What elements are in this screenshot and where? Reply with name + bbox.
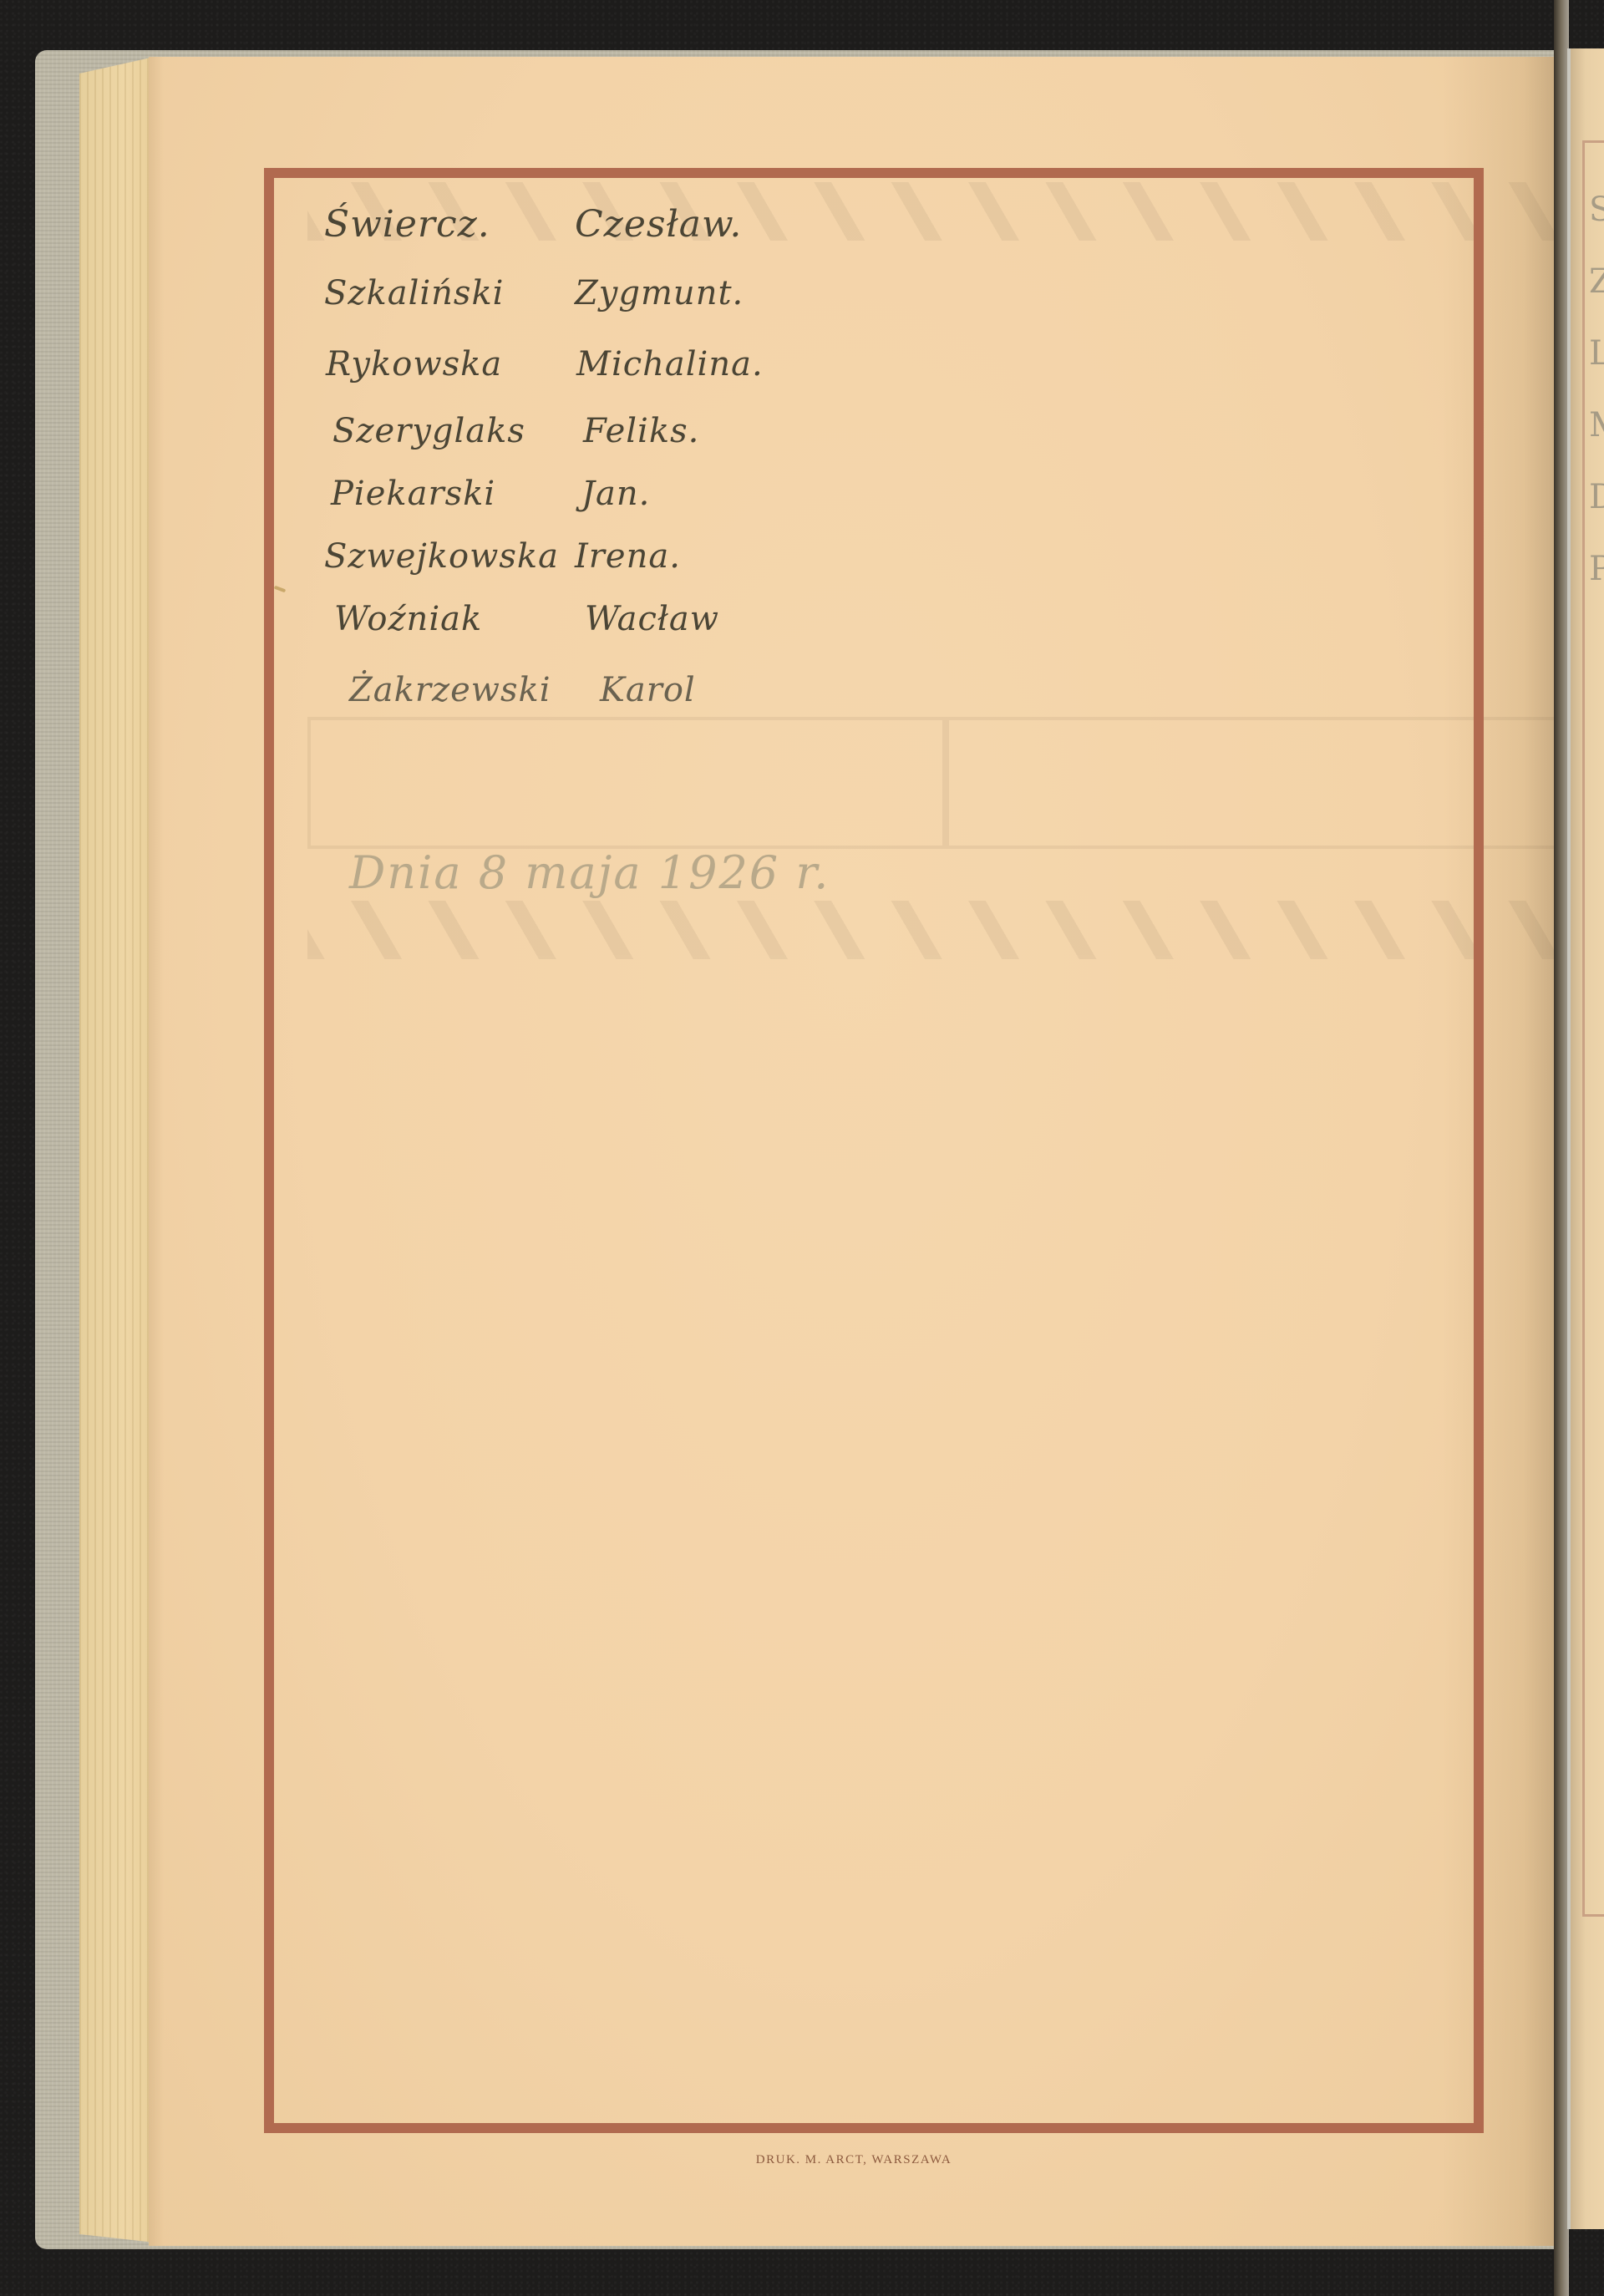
given-name: Czesław. <box>575 203 742 246</box>
name-entry: SzkalińskiZygmunt. <box>324 274 744 312</box>
given-name: Zygmunt. <box>575 274 744 312</box>
surname: Świercz. <box>324 203 575 246</box>
name-entry: SzwejkowskaIrena. <box>324 537 681 576</box>
book-page: Świercz.Czesław. SzkalińskiZygmunt. Ryko… <box>149 57 1559 2246</box>
name-entry: ŻakrzewskiKarol <box>349 671 696 709</box>
adjacent-page-edge: SZLMDP <box>1567 48 1604 2229</box>
surname: Woźniak <box>334 600 585 638</box>
given-name: Wacław <box>585 600 719 638</box>
given-name: Feliks. <box>583 412 699 450</box>
given-name: Karol <box>600 671 696 709</box>
surname: Rykowska <box>326 345 576 384</box>
handwritten-date: Dnia 8 maja 1926 r. <box>349 846 830 899</box>
surname: Szwejkowska <box>324 537 575 576</box>
given-name: Jan. <box>581 475 650 513</box>
surname: Szkaliński <box>324 274 575 312</box>
name-entry: Świercz.Czesław. <box>324 203 742 246</box>
name-entry: RykowskaMichalina. <box>326 345 764 384</box>
name-entry: PiekarskiJan. <box>331 475 650 513</box>
printed-frame-border: Świercz.Czesław. SzkalińskiZygmunt. Ryko… <box>264 168 1484 2133</box>
given-name: Michalina. <box>576 345 764 384</box>
given-name: Irena. <box>575 537 681 576</box>
surname: Szeryglaks <box>332 412 583 450</box>
printer-imprint: DRUK. M. ARCT, WARSZAWA <box>149 2153 1559 2167</box>
page-left-shadow <box>149 57 164 2246</box>
name-entry: WoźniakWacław <box>334 600 719 638</box>
surname: Piekarski <box>331 475 581 513</box>
surname: Żakrzewski <box>349 671 600 709</box>
adjacent-page-letters: SZLMDP <box>1589 174 1604 605</box>
page-block-edges <box>79 57 155 2243</box>
name-entry: SzeryglaksFeliks. <box>332 412 699 450</box>
